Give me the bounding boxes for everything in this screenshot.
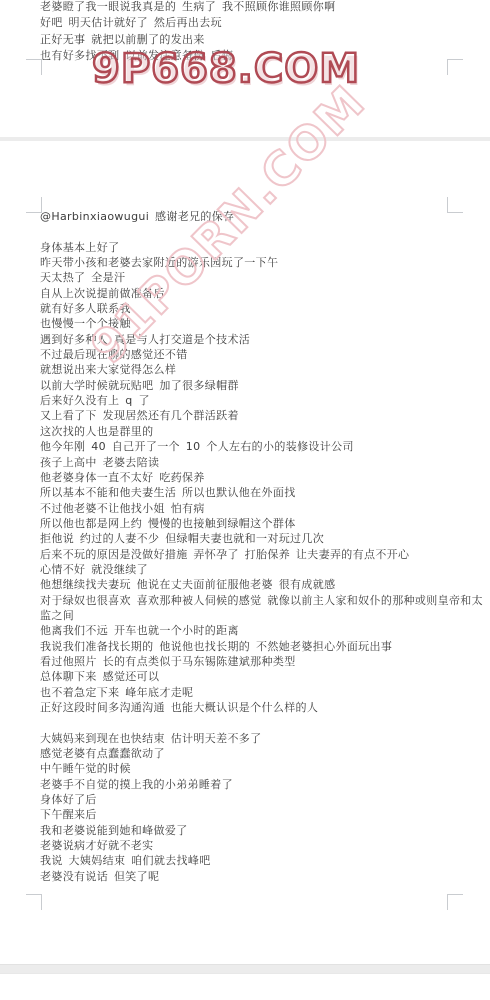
page1-paragraph: 老婆瞪了我一眼说我真是的 生病了 我不照顾你谁照顾你啊 好吧 明天估计就好了 然…: [40, 0, 484, 64]
document-page: 老婆瞪了我一眼说我真是的 生病了 我不照顾你谁照顾你啊 好吧 明天估计就好了 然…: [0, 0, 490, 1000]
page2-bottom-left-crop-mark: [26, 894, 42, 910]
page1-bottom-right-crop-mark: [447, 59, 463, 75]
page-break-gap-1: [0, 137, 490, 141]
page2-paragraph: @Harbinxiaowugui 感谢老兄的保存 身体基本上好了 昨天带小孩和老…: [40, 209, 484, 884]
page1-bottom-left-crop-mark: [26, 59, 42, 75]
page-break-gap-2: [0, 964, 490, 974]
page2-bottom-right-crop-mark: [447, 894, 463, 910]
